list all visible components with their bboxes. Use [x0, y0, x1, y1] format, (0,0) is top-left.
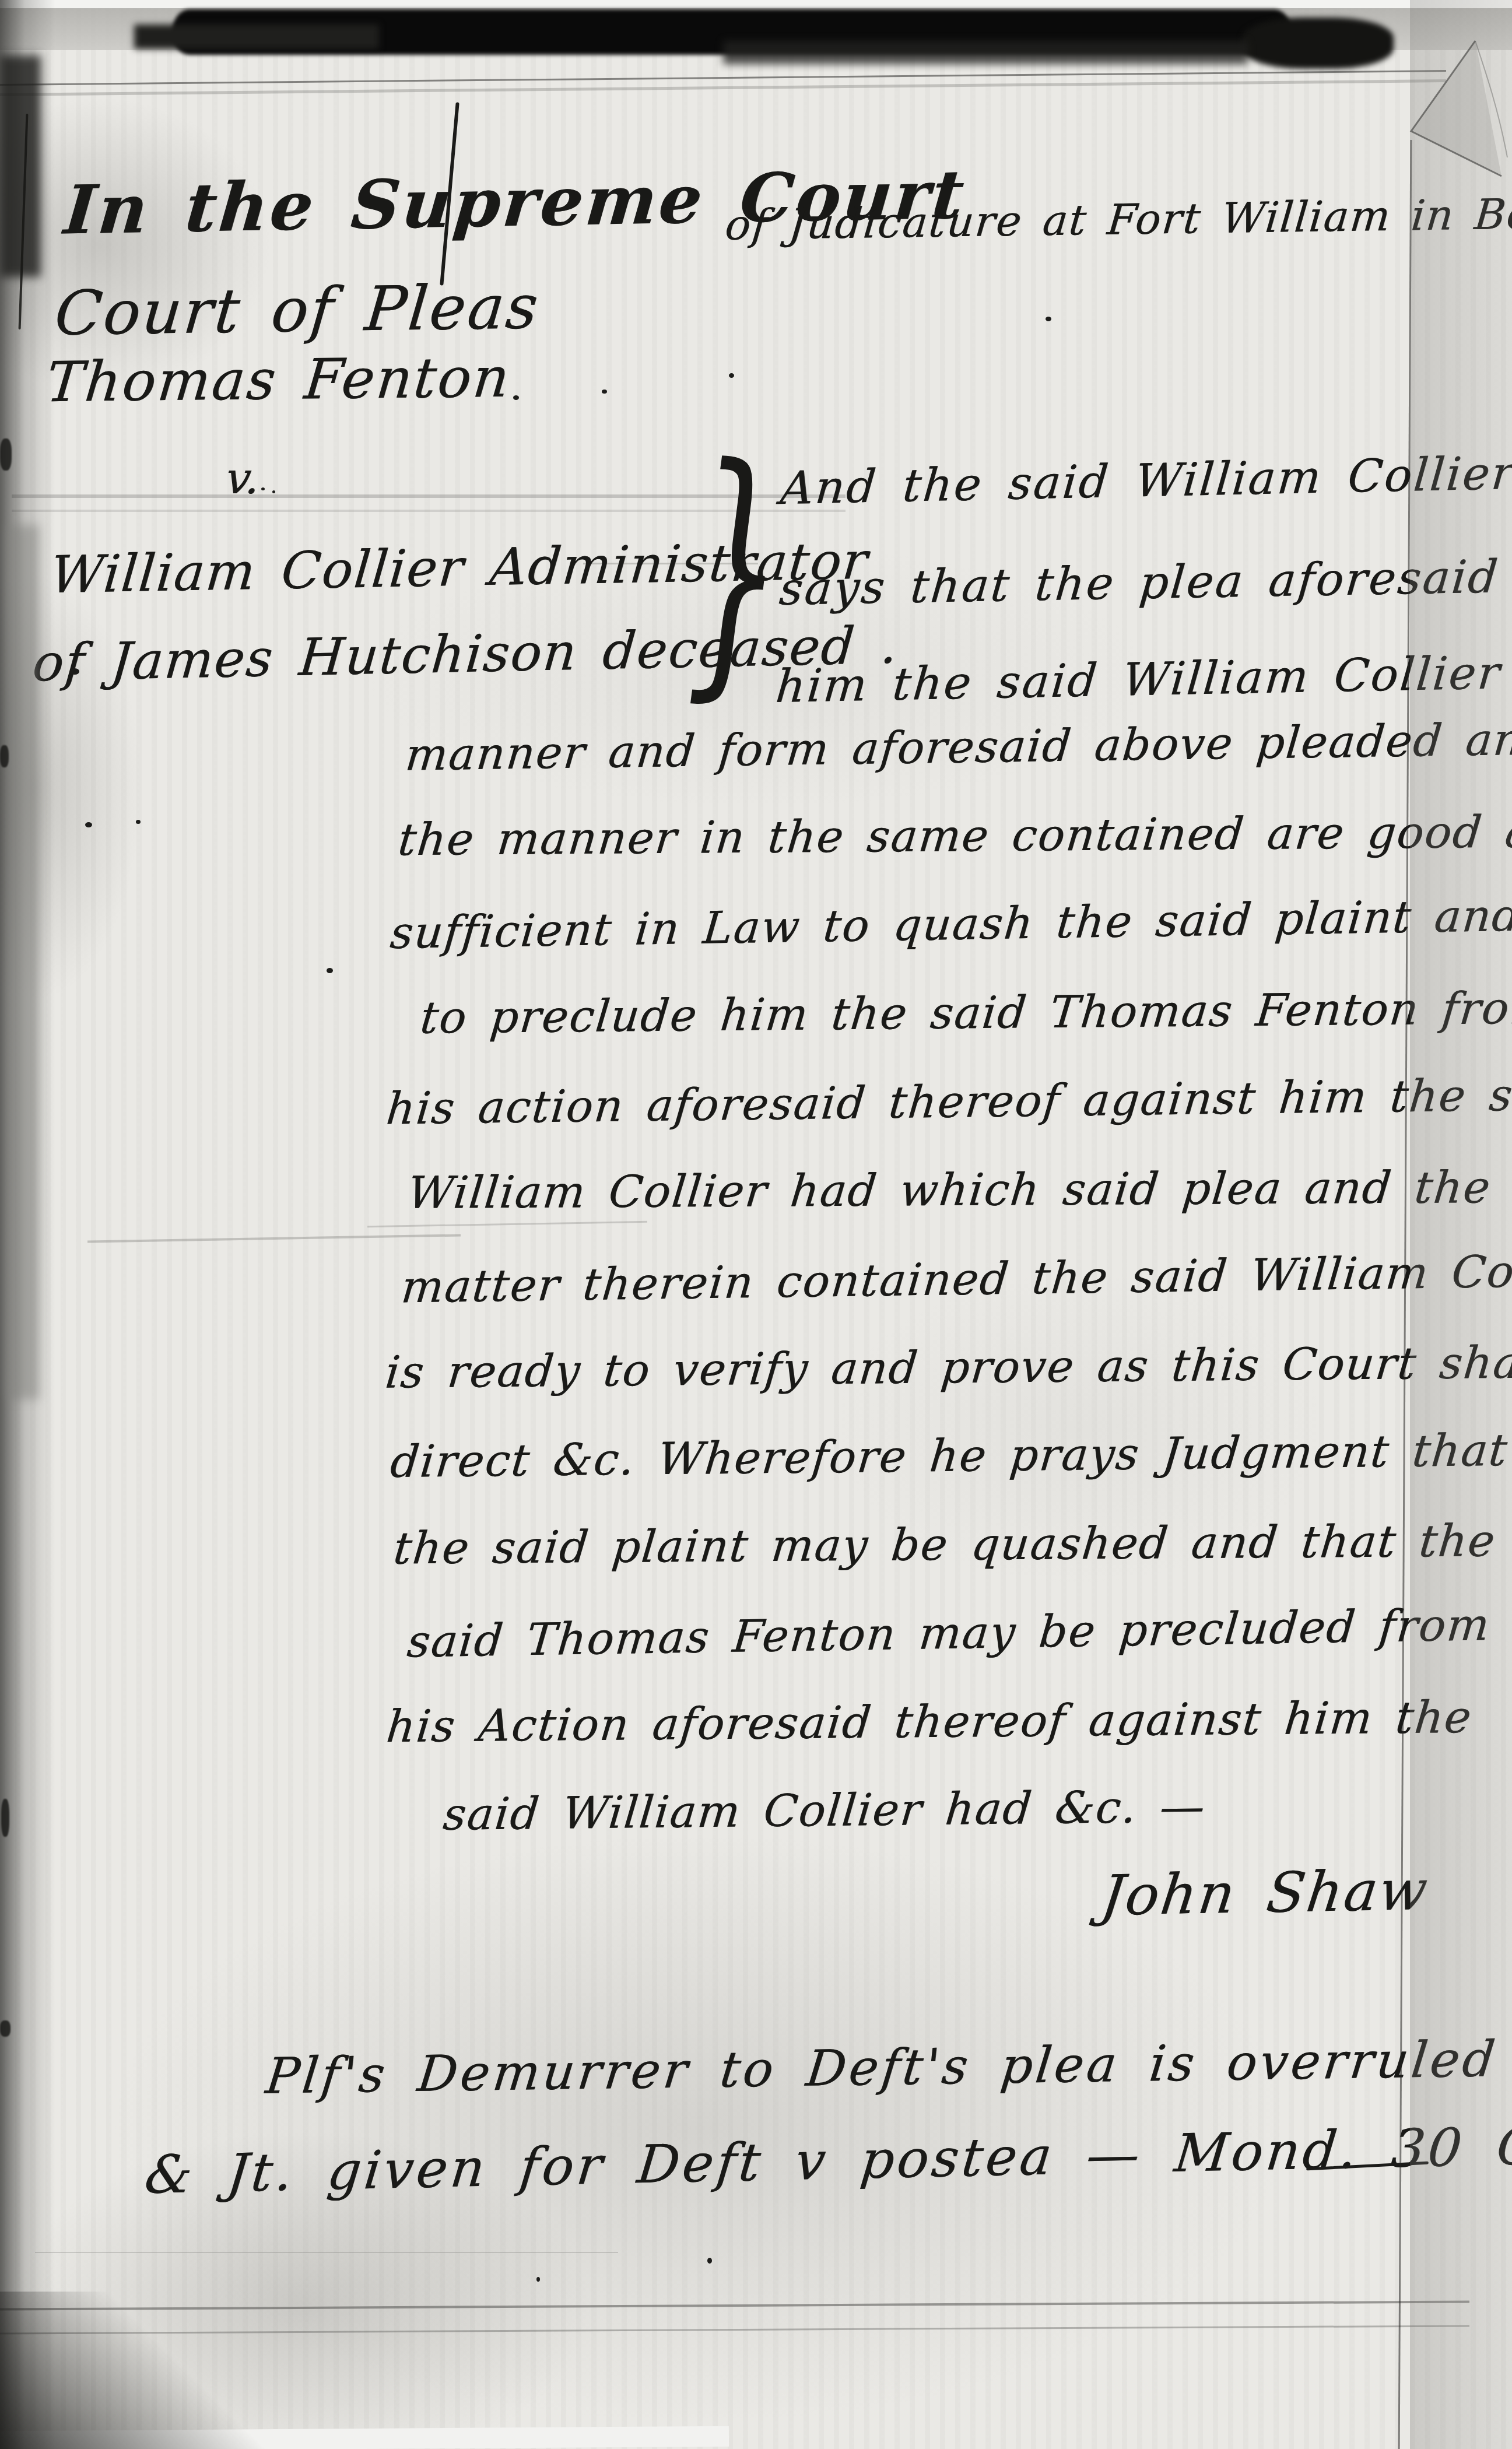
annotation-line-1: Plf's Demurrer to Deft's plea is overrul…: [263, 2029, 1501, 2107]
ink-dot: [327, 968, 333, 973]
case-brace: }: [685, 401, 786, 737]
scan-top-white-edge: [0, 0, 1512, 9]
page-fold-curl: [1475, 41, 1507, 157]
binding-dark-top: [0, 55, 41, 277]
body-opening-line: says that the plea aforesaid by: [777, 548, 1512, 617]
body-line: the manner in the same contained are goo…: [396, 805, 1512, 867]
binding-ink-nub: [0, 745, 9, 767]
ink-dot: [272, 490, 275, 493]
scan-top-black-fringe: [723, 41, 1248, 64]
body-line: said Thomas Fenton may be precluded from: [405, 1598, 1492, 1669]
body-line: is ready to verify and prove as this Cou…: [383, 1335, 1512, 1399]
body-line: to preclude him the said Thomas Fenton f…: [418, 981, 1512, 1045]
crease-streak: [367, 1221, 647, 1227]
body-line: direct &c. Wherefore he prays Judgment t…: [388, 1423, 1511, 1489]
ink-dot: [602, 390, 607, 394]
header-division: Court of Pleas: [52, 269, 543, 351]
scan-top-gray-band: [0, 8, 1512, 50]
ink-dot: [70, 668, 79, 675]
scan-top-black-band: [172, 9, 1292, 55]
ink-dot: [513, 395, 519, 400]
body-line: manner and form aforesaid above pleaded …: [403, 712, 1512, 782]
ink-dot: [536, 2277, 540, 2282]
body-opening-line: And the said William Collier: [778, 446, 1512, 517]
ink-dot: [729, 373, 734, 378]
ink-dot: [85, 822, 92, 827]
page-fold: [1388, 23, 1512, 187]
crease-line: [0, 70, 1446, 86]
case-plaintiff: Thomas Fenton: [43, 345, 514, 417]
binding-ink-nub: [0, 2020, 10, 2037]
crease-streak: [35, 2252, 618, 2253]
ink-dot: [261, 487, 265, 490]
scan-top-black-smudge-left: [134, 24, 379, 49]
binding-ink-nub: [0, 438, 12, 471]
annotation-line-2: & Jt. given for Deft v postea — Mond. 30…: [142, 2111, 1512, 2208]
body-line: his action aforesaid thereof against him…: [384, 1067, 1512, 1136]
body-line: the said plaint may be quashed and that …: [391, 1514, 1499, 1576]
crease-line-faint: [0, 79, 1446, 96]
body-line: matter therein contained the said Willia…: [399, 1244, 1512, 1315]
ink-dot: [707, 2258, 712, 2264]
scan-top-black-smudge-right: [1242, 17, 1394, 69]
manuscript-page: In the Supreme Court of Judicature at Fo…: [0, 0, 1512, 2449]
body-line: William Collier had which said plea and …: [405, 1160, 1494, 1220]
crease-streak: [87, 1234, 461, 1243]
body-line: said William Collier had &c. —: [441, 1780, 1208, 1841]
signature: John Shaw: [1097, 1857, 1433, 1931]
binding-shadow: [0, 0, 55, 2449]
crease-line-lower-faint: [0, 2325, 1469, 2334]
page-fold-edge: [1411, 41, 1502, 176]
bottom-left-corner-shadow: [0, 2292, 327, 2449]
binding-ink-nub: [1, 1799, 9, 1837]
ink-dot: [136, 820, 141, 824]
ink-dot: [1046, 317, 1051, 321]
binding-edge-stroke: [19, 114, 29, 329]
crease-line-lower: [0, 2300, 1469, 2310]
page-fold-shade: [1411, 41, 1502, 176]
body-line: sufficient in Law to quash the said plai…: [388, 889, 1512, 960]
case-versus: v.: [223, 452, 262, 506]
scan-bottom-white-edge: [0, 2426, 729, 2449]
body-line: his Action aforesaid thereof against him…: [384, 1690, 1475, 1754]
